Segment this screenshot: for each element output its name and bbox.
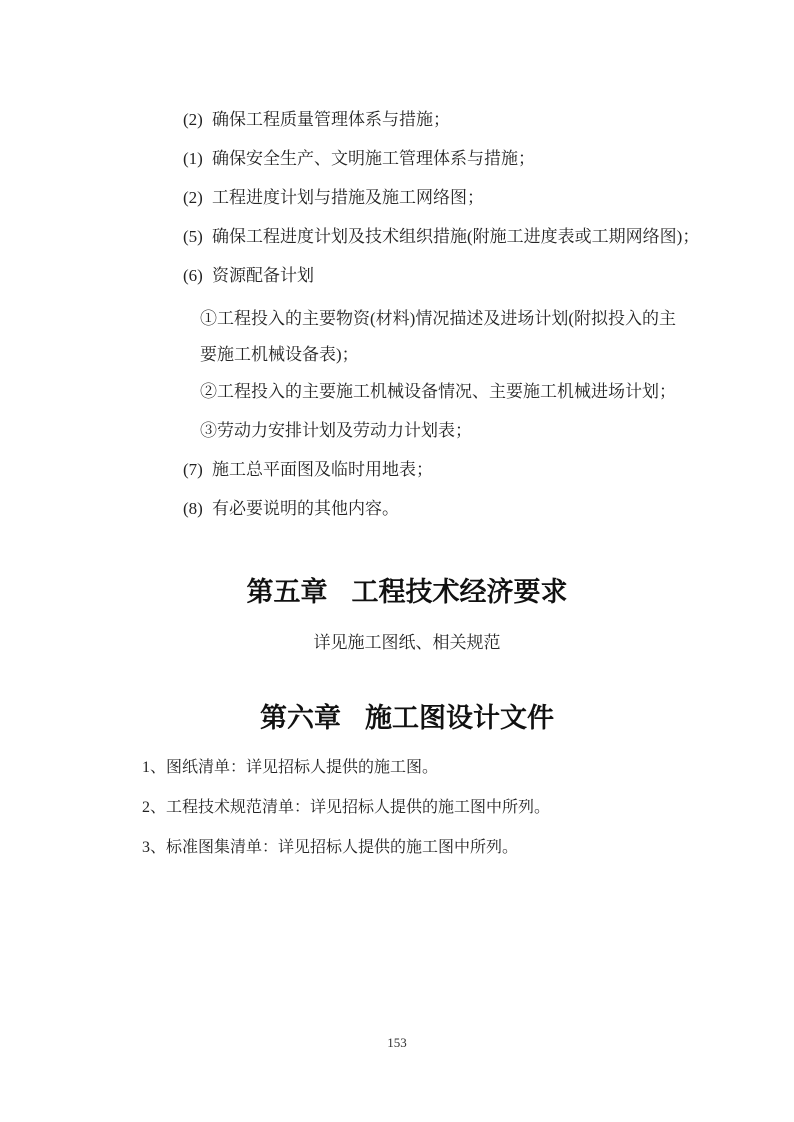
item-marker: (7) (183, 450, 212, 489)
ordered-list-item: (2)确保工程质量管理体系与措施； (142, 100, 672, 139)
numbered-list-item: 3、标准图集清单：详见招标人提供的施工图中所列。 (142, 828, 672, 868)
chapter5-heading: 第五章工程技术经济要求 (142, 570, 672, 615)
item-marker: (6) (183, 256, 212, 295)
sub-list-line: ②工程投入的主要施工机械设备情况、主要施工机械进场计划； (142, 372, 672, 411)
sub-list-line: ①工程投入的主要物资(材料)情况描述及进场计划(附拟投入的主 (142, 299, 672, 338)
item-text: 确保安全生产、文明施工管理体系与措施； (212, 149, 535, 168)
item-text: 工程进度计划与措施及施工网络图； (212, 188, 484, 207)
item-marker: (2) (183, 100, 212, 139)
sub-list-line-continuation: 要施工机械设备表)； (142, 338, 672, 372)
item-text: 标准图集清单：详见招标人提供的施工图中所列。 (166, 839, 518, 856)
ordered-list-item: (6)资源配备计划 (142, 256, 672, 295)
sub-list-line: ③劳动力安排计划及劳动力计划表； (142, 411, 672, 450)
item-text: 有必要说明的其他内容。 (212, 499, 399, 518)
item-text: 资源配备计划 (212, 266, 314, 285)
item-number: 3、 (142, 839, 166, 856)
numbered-list-item: 2、工程技术规范清单：详见招标人提供的施工图中所列。 (142, 788, 672, 828)
item-text: 确保工程质量管理体系与措施； (212, 110, 450, 129)
document-page: (2)确保工程质量管理体系与措施； (1)确保安全生产、文明施工管理体系与措施；… (0, 0, 794, 1122)
item-text: 工程技术规范清单：详见招标人提供的施工图中所列。 (166, 799, 550, 816)
item-number: 1、 (142, 759, 166, 776)
ordered-list-item: (2)工程进度计划与措施及施工网络图； (142, 178, 672, 217)
chapter6-title: 施工图设计文件 (365, 703, 554, 733)
chapter5-title: 工程技术经济要求 (352, 577, 568, 607)
chapter5-label: 第五章 (247, 577, 328, 607)
item-marker: (1) (183, 139, 212, 178)
chapter5-subtitle: 详见施工图纸、相关规范 (142, 625, 672, 661)
item-marker: (5) (183, 217, 212, 256)
page-content: (2)确保工程质量管理体系与措施； (1)确保安全生产、文明施工管理体系与措施；… (142, 100, 672, 868)
item-marker: (8) (183, 489, 212, 528)
item-text: 施工总平面图及临时用地表； (212, 460, 433, 479)
ordered-list-item: (7)施工总平面图及临时用地表； (142, 450, 672, 489)
item-number: 2、 (142, 799, 166, 816)
numbered-list-item: 1、图纸清单：详见招标人提供的施工图。 (142, 748, 672, 788)
item-text: 图纸清单：详见招标人提供的施工图。 (166, 759, 438, 776)
chapter6-heading: 第六章施工图设计文件 (142, 696, 672, 741)
item-marker: (2) (183, 178, 212, 217)
chapter6-label: 第六章 (260, 703, 341, 733)
item-text: 确保工程进度计划及技术组织措施(附施工进度表或工期网络图)； (212, 227, 699, 246)
page-number: 153 (0, 1035, 794, 1051)
ordered-list-item: (1)确保安全生产、文明施工管理体系与措施； (142, 139, 672, 178)
ordered-list-item: (5)确保工程进度计划及技术组织措施(附施工进度表或工期网络图)； (142, 217, 672, 256)
ordered-list-item: (8)有必要说明的其他内容。 (142, 489, 672, 528)
